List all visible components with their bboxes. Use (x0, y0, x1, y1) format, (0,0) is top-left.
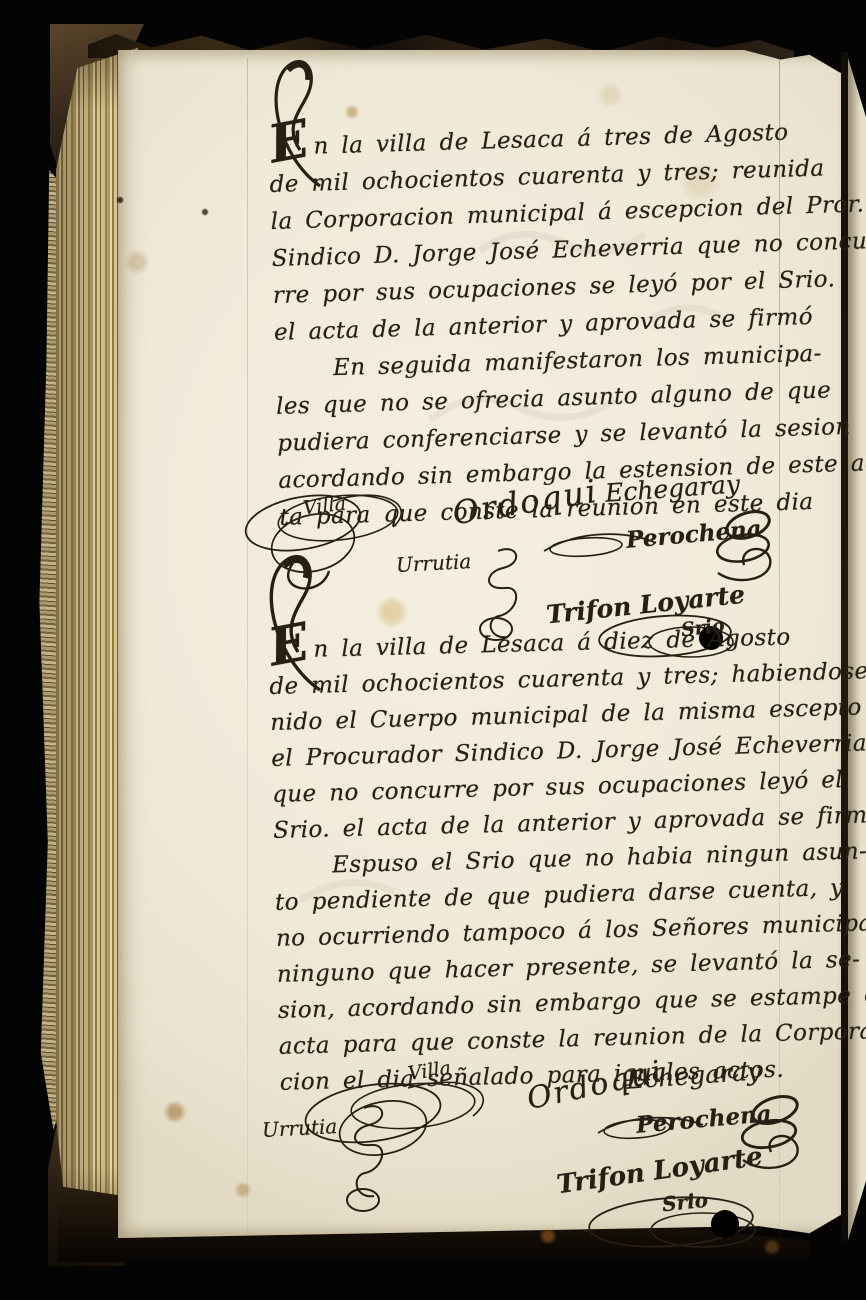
scanned-book-photo: En la villa de Lesaca á tres de Agostode… (0, 0, 866, 1300)
minutes-entry-2: En la villa de Lesaca á diez de Agostode… (268, 619, 832, 1101)
drop-cap-initial: E (270, 139, 309, 146)
signature-villa: Villa (302, 493, 347, 519)
signature-role-srio: Srio (661, 1188, 709, 1217)
left-fold-line (247, 58, 248, 1236)
signature-urrutia: Urrutia (395, 549, 471, 577)
drop-cap-initial: E (269, 642, 308, 649)
paragraph: En la villa de Lesaca á tres de Agostode… (268, 114, 822, 352)
minutes-entry-1: En la villa de Lesaca á tres de Agostode… (268, 114, 828, 537)
paragraph: En la villa de Lesaca á diez de Agostode… (268, 619, 825, 849)
signature-urrutia: Urrutia (261, 1114, 337, 1142)
